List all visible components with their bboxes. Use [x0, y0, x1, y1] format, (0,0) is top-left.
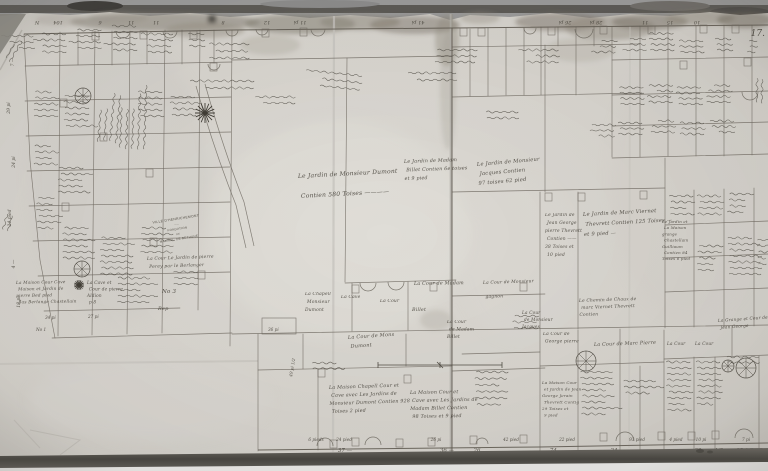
backdrop-smudge: [260, 0, 380, 8]
tone-patch: [610, 40, 768, 320]
tick-label: 4 —: [11, 259, 17, 269]
speck: [696, 449, 704, 453]
tone-patch: [30, 360, 270, 440]
tick-label: 28 pi: [589, 19, 603, 25]
page-corner-number: 17.: [751, 29, 765, 39]
tick-label: 11: [128, 19, 134, 25]
tick-label: 10 pi: [696, 437, 707, 442]
stain: [240, 35, 300, 55]
map-label: La Cour: [694, 341, 714, 346]
tone-patch: [30, 40, 210, 320]
tone-patch: [460, 180, 580, 340]
tick-label: 15: [667, 19, 673, 25]
stain: [88, 12, 148, 24]
tick-label: 24 pied: [335, 437, 352, 442]
tick-label: 4 pied: [668, 437, 682, 442]
tick-label: 10: [693, 19, 700, 25]
stain: [460, 12, 500, 24]
backdrop-smudge: [630, 1, 710, 11]
tick-label: 24 pied: [7, 209, 13, 227]
stain: [545, 38, 615, 62]
backdrop-smudge: [67, 1, 123, 11]
wheel-symbol: [74, 261, 90, 277]
starburst-symbol: [74, 280, 84, 290]
speck: [707, 451, 713, 454]
map-label: No 3: [161, 289, 176, 295]
tick-label: 11: [153, 19, 159, 25]
wheel-symbol: [576, 351, 596, 371]
map-label: Rep: [157, 306, 169, 312]
tick-label: 41 pi: [411, 19, 425, 25]
tick-label: 6 pieds: [308, 437, 323, 442]
stain: [440, 30, 456, 150]
stamp-line: DE: [176, 233, 180, 237]
scanned-map-document: Le Jardin de Monsieur DumontContien 580 …: [0, 0, 768, 471]
starburst-center: [78, 284, 80, 286]
tick-label: 18 pi: [16, 296, 22, 308]
tone-patch: [210, 120, 470, 340]
tick-label: 11: [642, 19, 648, 25]
map-label: La Cour de Madam: [413, 280, 464, 287]
tick-label: 104: [53, 19, 63, 25]
tick-label: 93 pied: [629, 437, 645, 442]
wheel-symbol: [736, 358, 756, 378]
tick-label: No 1: [35, 327, 46, 332]
wheel-symbol: [722, 360, 734, 372]
dark-fleck: [208, 15, 216, 23]
tick-label: 26 pi: [430, 437, 442, 442]
tick-label: 11 pi: [293, 19, 306, 25]
tick-label: 8: [221, 19, 224, 25]
crease-line: [629, 26, 630, 448]
map-label: La Cour: [379, 299, 400, 304]
starburst-symbol: [195, 103, 215, 123]
tick-label: 7 pi: [742, 437, 751, 442]
tick-label: N: [34, 19, 40, 25]
tick-label: 34 pi: [45, 315, 56, 320]
map-label: La Cour: [666, 341, 686, 346]
tick-label: 29 pi: [6, 102, 12, 115]
tick-label: 42 pied: [502, 437, 519, 442]
tick-label: 24 pi: [11, 156, 17, 169]
tick-label: 7 —: [10, 57, 16, 66]
starburst-center: [204, 112, 206, 114]
map-canvas: Le Jardin de Monsieur DumontContien 580 …: [0, 0, 768, 471]
map-label: Le Jardin etLa MaisongrangeChastellainGu…: [661, 219, 691, 261]
map-label: Billet: [411, 307, 426, 313]
tick-label: 27 pi: [87, 314, 99, 319]
map-label: La Cave: [340, 295, 361, 300]
tick-label: 22 pied: [558, 437, 575, 442]
tick-label: 26 pi: [558, 19, 572, 25]
tick-label: 12: [264, 19, 270, 25]
tick-label: 36 pi: [268, 327, 279, 332]
